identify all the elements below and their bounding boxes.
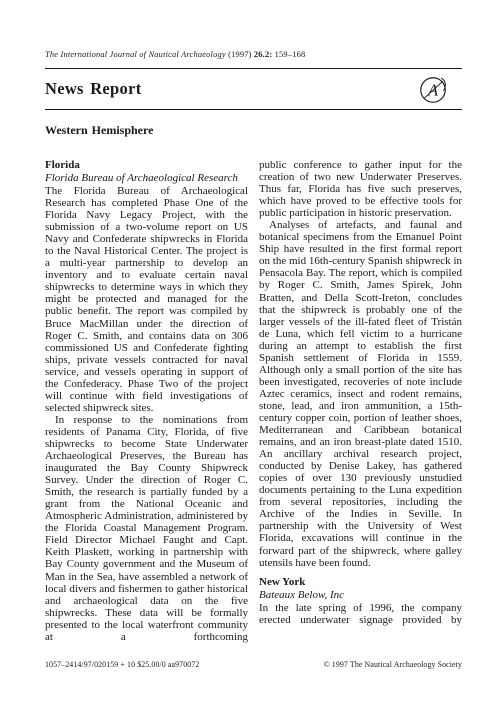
svg-text:A: A (427, 80, 439, 99)
new-york-heading: New York (259, 576, 462, 589)
page-title: News Report (45, 79, 142, 99)
footer-copyright: © 1997 The Nautical Archaeology Society (324, 660, 462, 669)
journal-title: The International Journal of Nautical Ar… (45, 50, 226, 59)
journal-pages: 159–168 (275, 50, 306, 59)
paragraph: Analyses of artefacts, and faunal and bo… (259, 219, 462, 568)
footer-issn: 1057–2414/97/020159 + 10 $25.00/0 aa9700… (45, 660, 199, 669)
journal-logo-icon: A (417, 73, 450, 106)
journal-volume: 26.2: (254, 50, 272, 59)
paragraph: In response to the nominations from resi… (45, 414, 248, 643)
page-footer: 1057–2414/97/020159 + 10 $25.00/0 aa9700… (45, 660, 462, 669)
florida-heading: Florida (45, 159, 248, 172)
article-columns: Florida Florida Bureau of Archaeological… (45, 159, 462, 652)
paragraph: The Florida Bureau of Archaeological Res… (45, 185, 248, 414)
bateaux-subheading: Bateaux Below, Inc (259, 589, 462, 602)
paragraph: public conference to gather input for th… (259, 159, 462, 219)
section-heading: Western Hemisphere (45, 123, 462, 138)
left-column: Florida Florida Bureau of Archaeological… (45, 159, 248, 652)
right-column: public conference to gather input for th… (259, 159, 462, 652)
journal-year: (1997) (228, 50, 252, 59)
header-row: News Report A (45, 69, 462, 109)
florida-subheading: Florida Bureau of Archaeological Researc… (45, 172, 248, 185)
journal-citation: The International Journal of Nautical Ar… (45, 50, 462, 59)
paragraph: In the late spring of 1996, the company … (259, 602, 462, 626)
title-rule (45, 109, 462, 110)
journal-page: The International Journal of Nautical Ar… (0, 0, 499, 709)
